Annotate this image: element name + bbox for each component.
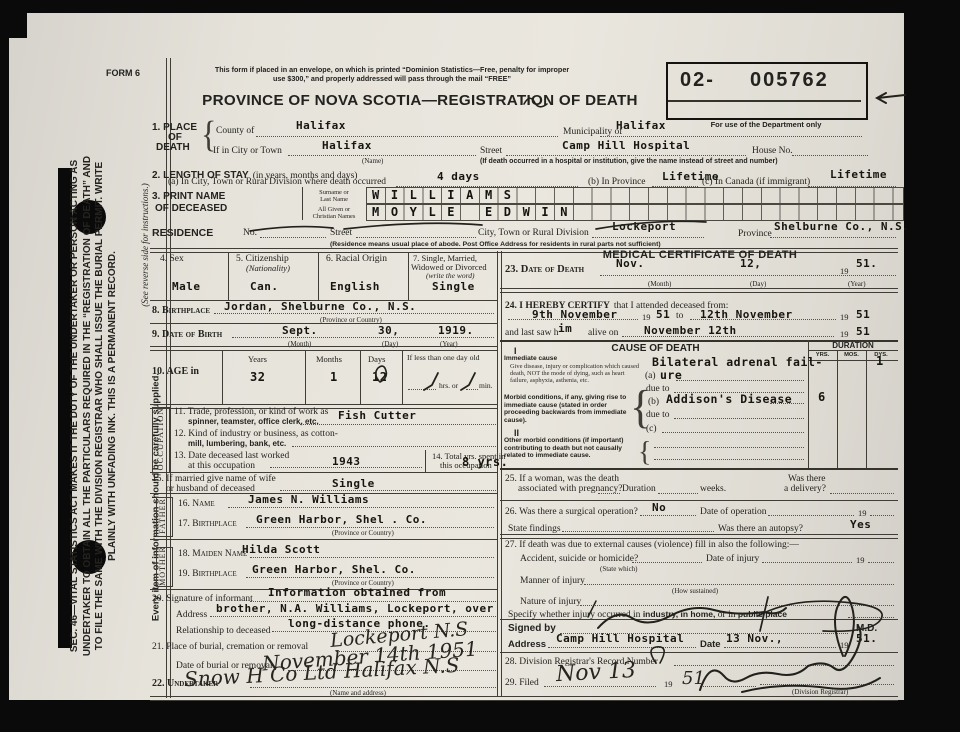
surname-letter-boxes: WILLIAMS — [366, 187, 904, 204]
residence-street-label: Street — [330, 228, 352, 238]
rule — [762, 562, 852, 563]
autopsy-label: Was there an autopsy? — [718, 524, 803, 534]
marital-value: Single — [432, 280, 475, 293]
signed-date-value: 13 Nov., — [726, 632, 783, 645]
rule — [668, 100, 861, 102]
rule — [760, 684, 894, 685]
min-label: min. — [479, 381, 493, 390]
residence-province-value: Shelburne Co., N.S. — [774, 220, 909, 233]
death-year-value: 51. — [856, 257, 877, 270]
pregnancy-label-1: 25. If a woman, was the death — [505, 474, 619, 484]
rule — [228, 507, 494, 508]
document-title: PROVINCE OF NOVA SCOTIA—REGISTRATION OF … — [190, 92, 650, 109]
given-names-letter-boxes: MOYLE EDWIN — [366, 204, 904, 221]
department-only-caption: For use of the Department only — [676, 120, 856, 129]
last-worked-label-2: at this occupation — [188, 461, 255, 471]
duration-mos-header: MOS. — [837, 352, 866, 358]
rule — [848, 617, 894, 618]
death-year-caption: (Year) — [848, 280, 866, 288]
rule — [246, 527, 494, 528]
informant-value-2: brother, N.A. Williams, Lockeport, over — [216, 602, 494, 615]
rule — [866, 350, 867, 468]
total-years-value: 8 yrs. — [462, 455, 508, 469]
form-number: FORM 6 — [106, 68, 140, 78]
mailing-note: This form if placed in an envelope, on w… — [212, 66, 572, 83]
spouse-value: Single — [332, 477, 375, 490]
rule — [632, 562, 702, 563]
death-month-caption: (Month) — [648, 280, 671, 288]
rule — [500, 652, 898, 653]
mother-vertical-label: MOTHER — [158, 544, 168, 588]
residence-caption: (Residence means usual place of abode. P… — [330, 241, 661, 248]
age-days-label: Days — [368, 354, 385, 364]
alive-on-year: 51 — [856, 325, 870, 338]
last-saw-label: and last saw h — [505, 328, 559, 338]
rule — [654, 459, 804, 460]
rule — [770, 237, 896, 238]
rule — [250, 687, 496, 688]
rule — [654, 447, 804, 448]
registration-number: 005762 — [750, 69, 829, 92]
city-town-label: If in City or Town — [213, 146, 282, 156]
trade-label-1: 11. Trade, profession, or kind of work a… — [174, 407, 328, 417]
age-years-label: Years — [248, 354, 267, 364]
manner-of-injury-label: Manner of injury — [520, 576, 585, 586]
sex-label: 4. Sex — [160, 254, 184, 264]
morbid-conditions-note: Morbid conditions, if any, giving rise t… — [504, 394, 644, 424]
stay-city-value: 4 days — [437, 170, 480, 183]
column-divider — [497, 251, 502, 697]
birthplace-value: Jordan, Shelburne Co., N.S. — [224, 300, 416, 313]
racial-origin-value: English — [330, 280, 380, 293]
division-registrar-caption: (Division Registrar) — [792, 688, 848, 696]
stay-canada-value: Lifetime — [830, 168, 887, 181]
injury-date-label: Date of injury — [706, 554, 759, 564]
nature-of-injury-label: Nature of injury — [520, 597, 581, 607]
filed-19: 19 — [664, 679, 673, 689]
rule — [305, 350, 306, 404]
rule — [792, 155, 868, 156]
surname-sublabel-2: Last Name — [306, 196, 362, 203]
mailing-note-line2: use $300,” and properly addressed will p… — [212, 75, 572, 84]
rule — [658, 493, 698, 494]
cause-a-value-line1: Bilateral adrenal fail- — [652, 355, 823, 369]
place-of-death-label-3: DEATH — [156, 142, 190, 153]
rule — [544, 686, 656, 687]
signed-date-year: 51. — [856, 632, 877, 645]
rule — [868, 562, 894, 563]
death-month-value: Nov. — [616, 257, 645, 270]
alive-on-label: alive on — [588, 328, 618, 338]
mother-birthplace-label: 19. Birthplace — [178, 569, 237, 579]
surname-sublabel-1: Surname or — [306, 189, 362, 196]
rule — [150, 696, 898, 701]
registration-number-box: 02- 005762 — [666, 62, 868, 120]
rule — [250, 557, 494, 558]
county-label: County of — [216, 126, 254, 136]
less-than-day-label: If less than one day old — [407, 353, 480, 362]
residence-no-label: No. — [243, 228, 257, 238]
racial-origin-label: 6. Racial Origin — [326, 254, 387, 264]
county-value: Halifax — [296, 119, 346, 132]
residence-city-label: City, Town or Rural Division — [478, 228, 589, 238]
rule — [808, 350, 898, 351]
birth-year-value: 1919. — [438, 324, 474, 337]
rule — [222, 350, 223, 404]
rule — [600, 136, 862, 137]
rule — [360, 350, 361, 404]
print-name-label-2: OF DECEASED — [155, 203, 227, 214]
date-of-death-label: 23. Date of Death — [505, 264, 584, 275]
informant-relationship-label: Relationship to deceased — [176, 626, 270, 636]
attended-from-value: 9th November — [532, 308, 617, 321]
informant-value-1: Information obtained from — [268, 586, 446, 599]
rule — [500, 534, 898, 539]
rule — [598, 493, 620, 494]
rule — [318, 252, 319, 300]
registration-number-prefix: 02- — [680, 69, 715, 92]
attended-from-year: 51 — [656, 308, 670, 321]
rule — [425, 450, 426, 472]
marital-sublabel: (write the word) — [426, 271, 474, 280]
injury-date-19: 19 — [856, 555, 865, 565]
stay-canada-label: (c) In Canada (if immigrant) — [702, 177, 810, 187]
sex-value: Male — [172, 280, 201, 293]
mother-birthplace-value: Green Harbor, Shel. Co. — [252, 563, 416, 576]
rule — [548, 647, 696, 648]
cause-a-duration-days: 1 — [876, 354, 884, 368]
brace: { — [630, 381, 651, 435]
name-caption: (Name) — [362, 157, 383, 165]
operation-label: 26. Was there a surgical operation? — [505, 507, 638, 517]
rule — [724, 647, 836, 648]
date-of-birth-label: 9. Date of Birth — [152, 329, 222, 340]
immediate-cause-label: Immediate cause — [504, 355, 557, 363]
rule — [228, 252, 229, 300]
rule — [402, 350, 403, 404]
signed-by-label: Signed by — [508, 623, 556, 634]
father-vertical-label: FATHER — [158, 494, 168, 538]
last-worked-label-1: 13. Date deceased last worked — [174, 451, 289, 461]
rule — [500, 619, 898, 620]
external-causes-label: 27. If death was due to external causes … — [505, 540, 799, 550]
immediate-cause-note: Give disease, injury or complication whi… — [510, 363, 640, 385]
operation-date-19: 19 — [858, 508, 867, 518]
stay-city-label: (a) In City, Town or Rural Division wher… — [168, 177, 386, 187]
mother-maiden-name-label: 18. Maiden Name — [178, 549, 247, 559]
pregnancy-duration-label: Duration — [622, 484, 656, 494]
rule — [256, 136, 558, 137]
duration-header: DURATION — [808, 341, 898, 350]
autopsy-value: Yes — [850, 518, 871, 531]
rule — [150, 539, 497, 540]
residence-province-label: Province — [738, 229, 772, 239]
rule — [506, 155, 746, 156]
rule — [592, 237, 704, 238]
rule — [150, 346, 497, 351]
attended-to-19: 19 — [840, 312, 849, 322]
rule — [674, 665, 894, 666]
father-name-label: 16. Name — [178, 499, 215, 509]
hrs-label: hrs. or — [439, 381, 458, 390]
rule — [600, 275, 896, 276]
cause-of-death-title: CAUSE OF DEATH — [503, 343, 808, 354]
street-label: Street — [480, 146, 502, 156]
death-day-value: 12, — [740, 257, 761, 270]
scan-border-top — [0, 0, 960, 13]
rule — [674, 418, 804, 419]
brace: { — [638, 437, 651, 469]
alive-on-value: November 12th — [644, 324, 737, 337]
rule — [260, 237, 326, 238]
citizenship-sublabel: (Nationality) — [246, 263, 290, 273]
city-town-value: Halifax — [322, 139, 372, 152]
weeks-label: weeks. — [700, 484, 726, 494]
mother-maiden-name-value: Hilda Scott — [242, 543, 320, 556]
rule — [356, 237, 476, 238]
industry-label-2: mill, lumbering, bank, etc. — [188, 439, 286, 448]
filed-date-handwritten: Nov 13 — [555, 658, 636, 687]
residence-label: RESIDENCE — [152, 227, 213, 239]
informant-address-label: Address — [176, 610, 207, 620]
father-birthplace-caption: (Province or Country) — [332, 529, 394, 537]
spouse-label-1: 15. If married give name of wife — [152, 474, 276, 484]
operation-date-label: Date of operation — [700, 507, 766, 517]
age-label: 10. AGE in — [152, 366, 199, 377]
physician-address-label: Address — [508, 639, 546, 650]
rule — [246, 577, 494, 578]
rule — [562, 531, 714, 532]
other-conditions-note: Other morbid conditions (if important) c… — [504, 437, 644, 460]
rule — [584, 584, 894, 585]
specify-industry: industry, — [643, 609, 678, 619]
filed-label: 29. Filed — [505, 678, 539, 688]
delivery-label-1: Was there — [788, 474, 825, 484]
surname-sublabel: Surname or Last Name — [306, 189, 362, 203]
last-saw-im: im — [558, 322, 572, 335]
rule — [500, 288, 898, 293]
rule — [214, 313, 494, 314]
birth-day-value: 30, — [378, 324, 399, 337]
rule — [830, 493, 894, 494]
attended-to-label: to — [676, 311, 683, 321]
rule — [580, 605, 894, 606]
rule — [232, 337, 494, 338]
rule — [700, 686, 756, 687]
house-no-label: House No. — [752, 146, 793, 156]
age-years-value: 32 — [250, 370, 265, 384]
death-year-19: 19 — [840, 266, 849, 276]
signed-date-19: 19 — [840, 640, 849, 650]
rule — [770, 403, 804, 404]
rule — [500, 500, 898, 501]
trade-value: Fish Cutter — [338, 409, 416, 422]
cause-b-duration-years: 6 — [818, 390, 826, 404]
scan-blemish — [0, 10, 27, 38]
age-days-value: 12 — [372, 370, 387, 384]
stay-province-label: (b) In Province — [588, 177, 646, 187]
given-names-sublabel-1: All Given or — [304, 206, 364, 213]
hospital-caption: (If death occurred in a hospital or inst… — [480, 158, 778, 165]
attended-to-value: 12th November — [700, 308, 793, 321]
birthplace-label: 8. Birthplace — [152, 305, 210, 316]
rule — [837, 350, 838, 468]
rule — [676, 380, 804, 381]
rule — [640, 515, 696, 516]
father-birthplace-label: 17. Birthplace — [178, 519, 237, 529]
findings-label: State findings — [508, 524, 561, 534]
industry-label-1: 12. Kind of industry or business, as cot… — [174, 429, 338, 439]
rule — [302, 187, 303, 220]
street-value: Camp Hill Hospital — [562, 139, 690, 152]
death-registration-scan: SEC. 46—VITAL STATISTICS ACT MAKES IT TH… — [0, 0, 960, 732]
citizenship-value: Can. — [250, 280, 279, 293]
cause-a-label: (a) — [645, 371, 656, 381]
rule — [300, 424, 496, 425]
attended-to-year: 51 — [856, 308, 870, 321]
age-months-label: Months — [316, 354, 342, 364]
rule — [408, 389, 436, 390]
father-birthplace-value: Green Harbor, Shel . Co. — [256, 513, 427, 526]
age-months-value: 1 — [330, 370, 338, 384]
rule — [768, 515, 854, 516]
father-name-value: James N. Williams — [248, 493, 369, 506]
scan-border-left — [0, 0, 9, 732]
alive-on-19: 19 — [840, 329, 849, 339]
death-day-caption: (Day) — [750, 280, 766, 288]
state-which-caption: (State which) — [600, 565, 638, 573]
given-names-sublabel: All Given or Christian Names — [304, 206, 364, 220]
medical-certificate-title: MEDICAL CERTIFICATE OF DEATH — [505, 249, 895, 261]
print-name-label-1: 3. PRINT NAME — [152, 191, 225, 202]
signed-date-label: Date — [700, 639, 721, 650]
last-worked-value: 1943 — [332, 455, 361, 468]
occupation-vertical-label: OCCUPATION — [155, 406, 165, 472]
rule — [500, 468, 898, 470]
municipality-value: Halifax — [616, 119, 666, 132]
birth-month-value: Sept. — [282, 324, 318, 337]
rule — [466, 389, 478, 390]
physician-address-value: Camp Hill Hospital — [556, 632, 684, 645]
scan-border-right — [904, 0, 960, 732]
rule — [292, 446, 496, 447]
scan-border-bottom — [0, 700, 960, 732]
accident-label: Accident, suicide or homicide? — [520, 554, 638, 564]
residence-city-value: Lockeport — [612, 220, 676, 233]
given-names-sublabel-2: Christian Names — [304, 213, 364, 220]
rule — [662, 432, 804, 433]
specify-in-home: in home, — [680, 609, 715, 619]
attended-from-19: 19 — [642, 312, 651, 322]
rule — [408, 252, 409, 300]
rule — [150, 472, 497, 473]
specify-public-place: public place — [738, 609, 787, 619]
rule — [870, 515, 894, 516]
delivery-label-2: a delivery? — [784, 484, 826, 494]
how-sustained-caption: (How sustained) — [672, 587, 718, 595]
sidebar-see-reverse-note: (See reverse side for instructions.) — [140, 155, 152, 335]
rule — [288, 155, 476, 156]
rule — [280, 490, 496, 491]
operation-value: No — [652, 501, 666, 514]
